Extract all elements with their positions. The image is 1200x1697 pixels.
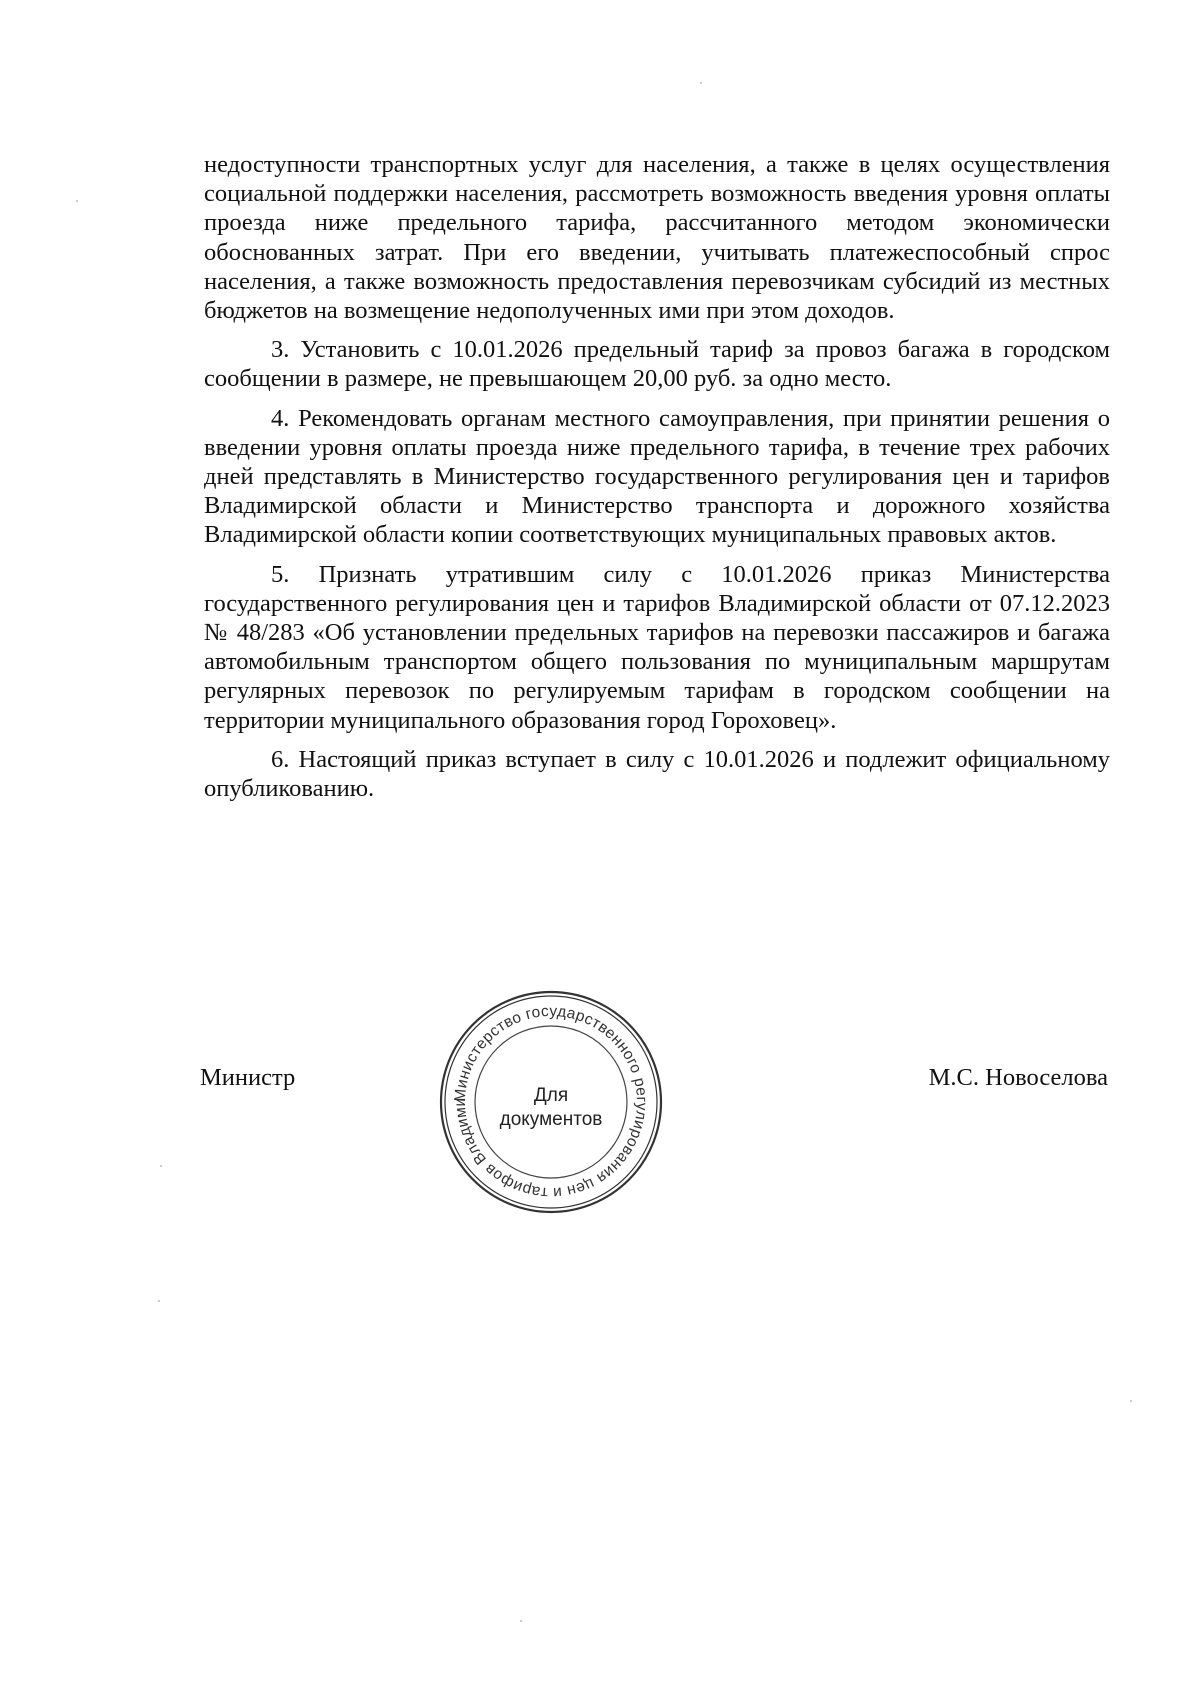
scan-speck bbox=[76, 200, 78, 202]
stamp-center-line2: документов bbox=[437, 1108, 665, 1132]
document-page: недоступности транспортных услуг для нас… bbox=[0, 0, 1200, 1697]
paragraph-item-5: 5. Признать утратившим силу с 10.01.2026… bbox=[204, 560, 1110, 735]
paragraph-item-6: 6. Настоящий приказ вступает в силу с 10… bbox=[204, 745, 1110, 803]
signatory-name: М.С. Новоселова bbox=[929, 1064, 1108, 1092]
stamp-center-text: Для документов bbox=[437, 1084, 665, 1132]
document-body: недоступности транспортных услуг для нас… bbox=[204, 150, 1110, 813]
scan-speck bbox=[160, 1165, 162, 1167]
scan-speck bbox=[158, 1300, 160, 1302]
stamp-center-line1: Для bbox=[437, 1084, 665, 1108]
signatory-title: Министр bbox=[200, 1064, 295, 1092]
scan-speck bbox=[520, 1620, 522, 1622]
paragraph-item-4: 4. Рекомендовать органам местного самоуп… bbox=[204, 404, 1110, 550]
official-stamp: Министерство государственного регулирова… bbox=[437, 988, 665, 1216]
scan-speck bbox=[1130, 1400, 1132, 1402]
paragraph-continuation: недоступности транспортных услуг для нас… bbox=[204, 150, 1110, 325]
scan-speck bbox=[700, 82, 702, 84]
paragraph-item-3: 3. Установить с 10.01.2026 предельный та… bbox=[204, 335, 1110, 393]
